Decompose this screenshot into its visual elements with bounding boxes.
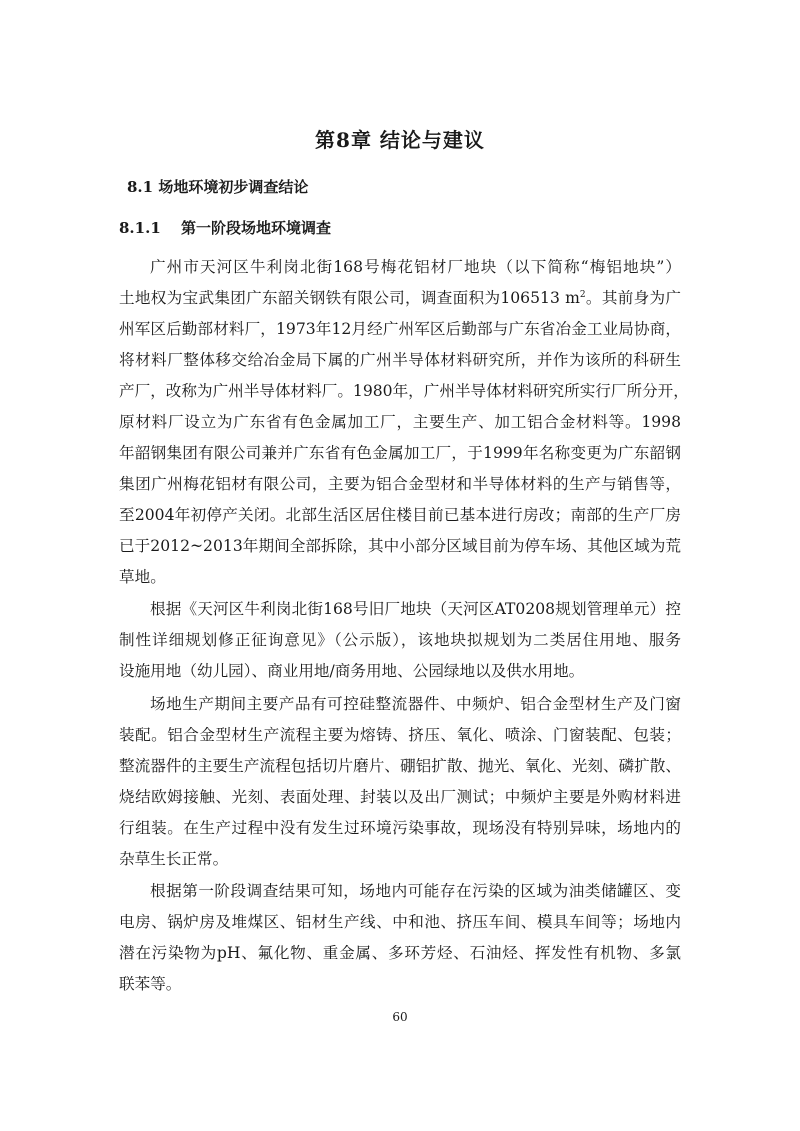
text-line: 将材料厂整体移交给冶金局下属的广州半导体材料研究所，并作为该所的科研生 xyxy=(119,345,681,376)
text-line: 装配。铝合金型材生产流程主要为熔铸、挤压、氧化、喷涂、门窗装配、包装； xyxy=(119,720,681,751)
text-line: 广州市天河区牛利岗北街168号梅花铝材厂地块（以下简称“梅铝地块”） xyxy=(119,252,681,283)
section-heading: 8.1 场地环境初步调查结论 xyxy=(127,176,308,197)
paragraph-2: 根据《天河区牛利岗北街168号旧厂地块（天河区AT0208规划管理单元）控 制性… xyxy=(119,594,681,687)
subsection-title: 第一阶段场地环境调查 xyxy=(181,219,331,237)
paragraph-3: 场地生产期间主要产品有可控硅整流器件、中频炉、铝合金型材生产及门窗 装配。铝合金… xyxy=(119,689,681,875)
paragraph-4: 根据第一阶段调查结果可知，场地内可能存在污染的区域为油类储罐区、变 电房、锅炉房… xyxy=(119,876,681,1000)
text-line: 根据《天河区牛利岗北街168号旧厂地块（天河区AT0208规划管理单元）控 xyxy=(119,594,681,625)
text-line: 场地生产期间主要产品有可控硅整流器件、中频炉、铝合金型材生产及门窗 xyxy=(119,689,681,720)
text-line: 设施用地（幼儿园）、商业用地/商务用地、公园绿地以及供水用地。 xyxy=(119,656,681,687)
text-line: 原材料厂设立为广东省有色金属加工厂，主要生产、加工铝合金材料等。1998 xyxy=(119,407,681,438)
text-line: 烧结欧姆接触、光刻、表面处理、封装以及出厂测试；中频炉主要是外购材料进 xyxy=(119,782,681,813)
text-line: 制性详细规划修正征询意见》（公示版），该地块拟规划为二类居住用地、服务 xyxy=(119,625,681,656)
text-line: 潜在污染物为pH、氟化物、重金属、多环芳烃、石油烃、挥发性有机物、多氯 xyxy=(119,938,681,969)
text-line: 行组装。在生产过程中没有发生过环境污染事故，现场没有特别异味，场地内的 xyxy=(119,813,681,844)
text-line: 土地权为宝武集团广东韶关钢铁有限公司，调查面积为106513 m2。其前身为广 xyxy=(119,283,681,314)
subsection-number: 8.1.1 xyxy=(119,219,181,237)
subsection-heading: 8.1.1第一阶段场地环境调查 xyxy=(119,217,331,238)
chapter-title: 第8章 结论与建议 xyxy=(0,124,800,153)
page-number: 60 xyxy=(0,1010,800,1024)
text-line: 整流器件的主要生产流程包括切片磨片、硼铝扩散、抛光、氧化、光刻、磷扩散、 xyxy=(119,751,681,782)
text-line: 至2004年初停产关闭。北部生活区居住楼目前已基本进行房改；南部的生产厂房 xyxy=(119,500,681,531)
text-line: 联苯等。 xyxy=(119,969,681,1000)
text-line: 年韶钢集团有限公司兼并广东省有色金属加工厂，于1999年名称变更为广东韶钢 xyxy=(119,438,681,469)
text-line: 产厂，改称为广州半导体材料厂。1980年，广州半导体材料研究所实行厂所分开， xyxy=(119,376,681,407)
text-line: 杂草生长正常。 xyxy=(119,844,681,875)
text-line: 电房、锅炉房及堆煤区、铝材生产线、中和池、挤压车间、模具车间等；场地内 xyxy=(119,907,681,938)
text-line: 州军区后勤部材料厂，1973年12月经广州军区后勤部与广东省冶金工业局协商， xyxy=(119,314,681,345)
text-line: 集团广州梅花铝材有限公司，主要为铝合金型材和半导体材料的生产与销售等， xyxy=(119,469,681,500)
text-line: 草地。 xyxy=(119,562,681,593)
text-line: 根据第一阶段调查结果可知，场地内可能存在污染的区域为油类储罐区、变 xyxy=(119,876,681,907)
text-line: 已于2012~2013年期间全部拆除，其中小部分区域目前为停车场、其他区域为荒 xyxy=(119,531,681,562)
paragraph-1: 广州市天河区牛利岗北街168号梅花铝材厂地块（以下简称“梅铝地块”） 土地权为宝… xyxy=(119,252,681,593)
